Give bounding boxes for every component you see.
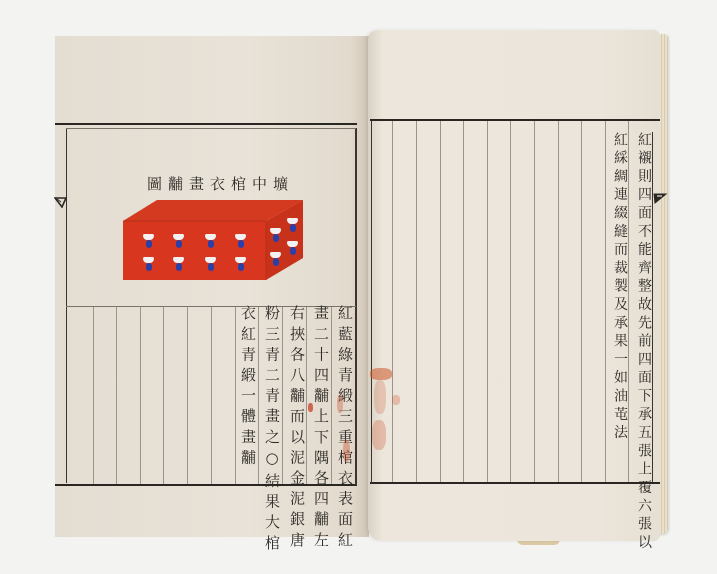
right-text-column-1: 紅襯則四面不能齊整故先前四面下承五張上覆六張以 [633,132,655,553]
column-line [581,121,582,482]
column-line [235,307,236,484]
left-top-rule [55,123,357,125]
ornament-knob [270,228,281,243]
column-line [140,307,141,484]
column-line [487,121,488,482]
column-line [163,307,164,484]
left-text-column-2: 畫二十四黼上下隅各四黼左 [310,305,332,552]
illustration-title: 圖黼畫衣棺中壙 [147,173,294,194]
column-line [558,121,559,482]
column-line [605,121,606,482]
ornament-knob [235,234,246,249]
ornament-knob [143,234,154,249]
ornament-knob [205,257,216,272]
left-text-column-3: 右挾各八黼而以泥金泥銀唐 [286,305,308,552]
right-bottom-rule [370,482,660,484]
ornament-knob [287,241,298,256]
right-text-column-2: 紅綵綢連綴縫而裁製及承果一如油芚法 [609,132,631,443]
column-line [510,121,511,482]
left-text-column-5: 衣紅青緞一體畫黼 [237,305,259,470]
picture-top-rule [66,128,356,129]
left-text-column-1: 紅藍綠青緞三重棺衣表面紅 [334,305,356,552]
column-line [211,307,212,484]
fishtail-mark-icon [54,196,68,208]
right-top-rule [370,119,660,121]
column-line [440,121,441,482]
ornament-knob [287,218,298,233]
column-line [416,121,417,482]
ornament-knob [173,234,184,249]
column-line [534,121,535,482]
left-text-column-4: 粉三青二青畫之○結果大棺 [261,305,283,555]
ornament-knob [173,257,184,272]
column-line [116,307,117,484]
ornament-knob [235,257,246,272]
ornament-knob [270,252,281,267]
ornament-knob [205,234,216,249]
ornament-knob [143,257,154,272]
coffin-cover-illustration [115,196,310,280]
column-line [93,307,94,484]
fishtail-mark-icon [653,192,667,204]
column-line [392,121,393,482]
column-line [463,121,464,482]
column-line [187,307,188,484]
